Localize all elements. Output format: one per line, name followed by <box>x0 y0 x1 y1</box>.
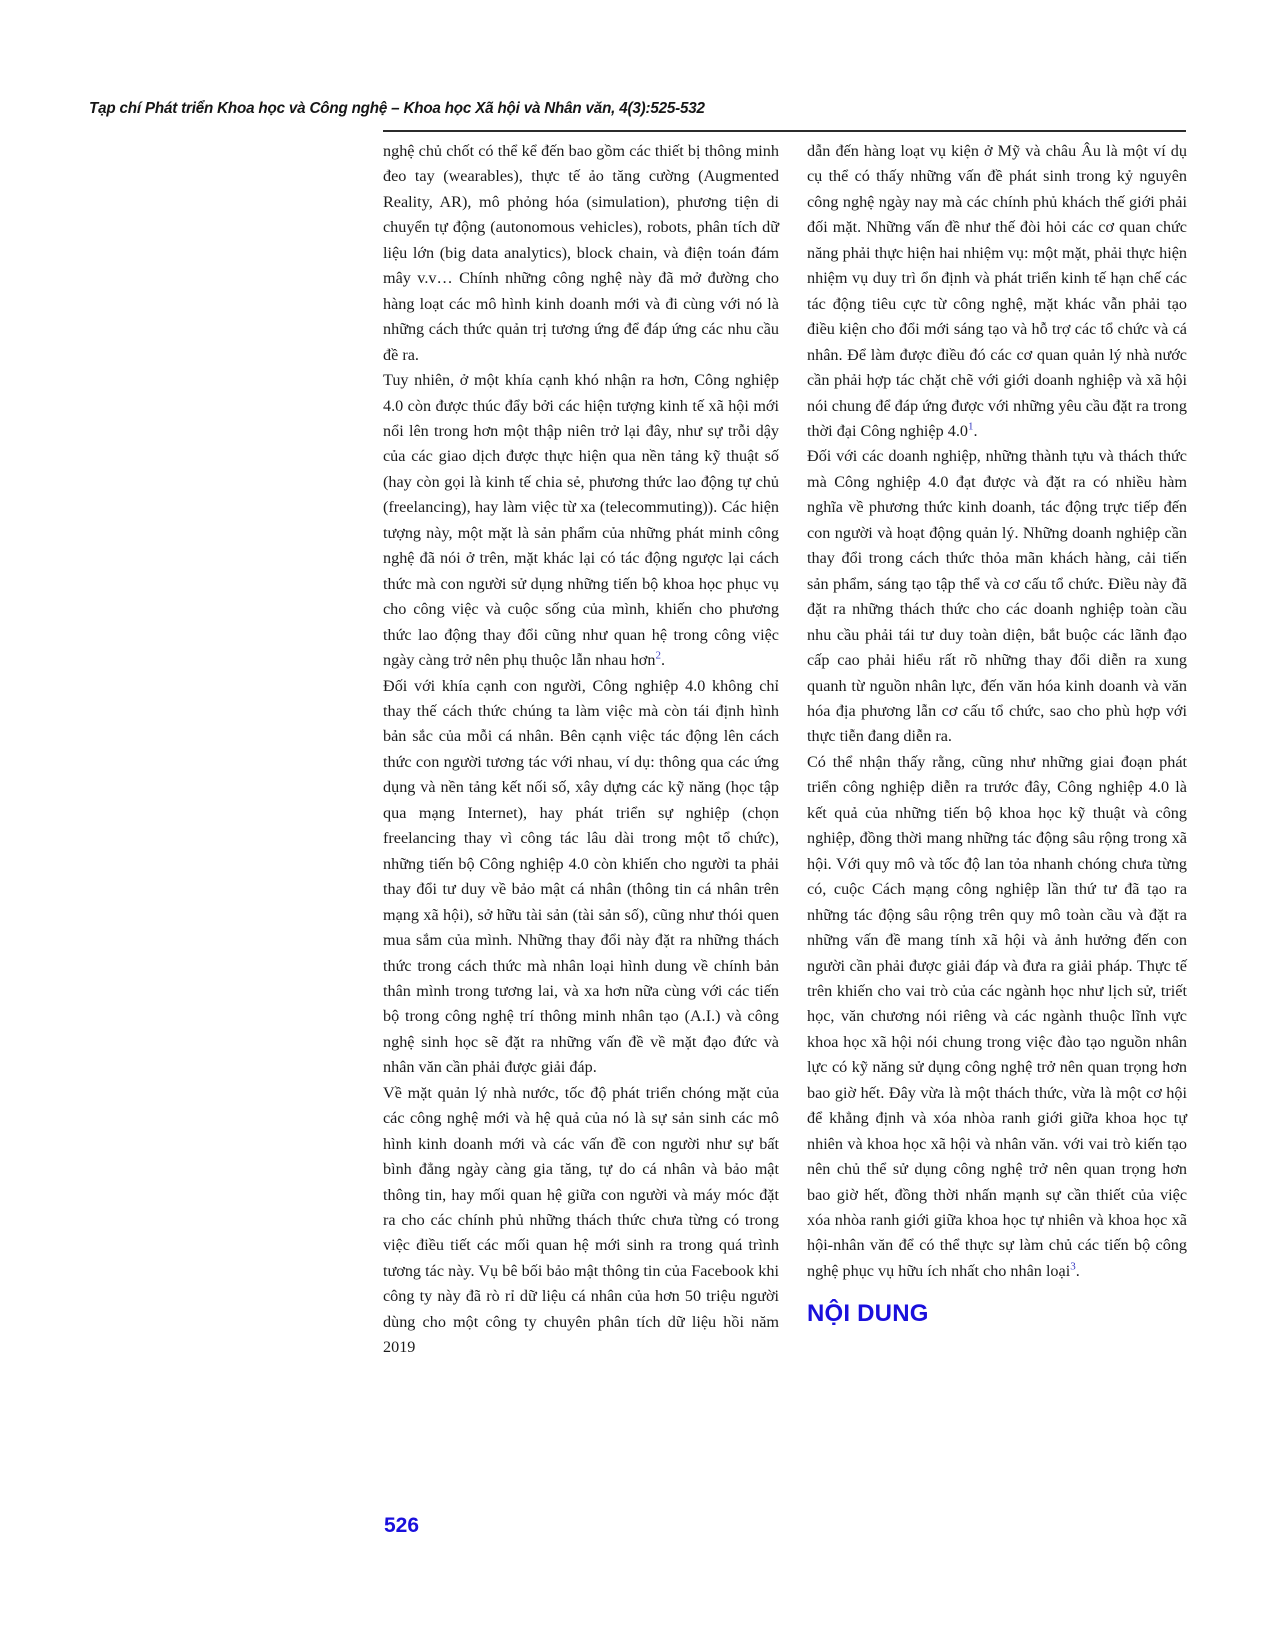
journal-header-line: Tạp chí Phát triển Khoa học và Công nghệ… <box>89 100 705 118</box>
paragraph-text: Tuy nhiên, ở một khía cạnh khó nhận ra h… <box>383 371 779 669</box>
header-rule <box>383 130 1186 132</box>
page-number: 526 <box>384 1514 419 1538</box>
paragraph-text: . <box>1076 1262 1080 1280</box>
two-column-body: nghệ chủ chốt có thể kể đến bao gồm các … <box>383 139 1187 1361</box>
body-paragraph: Đối với khía cạnh con người, Công nghiệp… <box>383 674 779 1081</box>
paragraph-text: Đối với các doanh nghiệp, những thành tự… <box>807 447 1187 745</box>
paragraph-text: Đối với khía cạnh con người, Công nghiệp… <box>383 677 779 1077</box>
right-column: dẫn đến hàng loạt vụ kiện ở Mỹ và châu Â… <box>807 139 1187 1361</box>
paragraph-text: . <box>661 651 665 669</box>
body-paragraph: Đối với các doanh nghiệp, những thành tự… <box>807 444 1187 749</box>
section-heading-noi-dung: NỘI DUNG <box>807 1300 1187 1328</box>
body-paragraph: Có thể nhận thấy rằng, cũng như những gi… <box>807 750 1187 1285</box>
body-paragraph: dẫn đến hàng loạt vụ kiện ở Mỹ và châu Â… <box>807 139 1187 444</box>
body-paragraph: Về mặt quản lý nhà nước, tốc độ phát tri… <box>383 1081 779 1361</box>
paragraph-text: . <box>973 422 977 440</box>
paragraph-text: Về mặt quản lý nhà nước, tốc độ phát tri… <box>383 1084 779 1357</box>
paragraph-text: dẫn đến hàng loạt vụ kiện ở Mỹ và châu Â… <box>807 142 1187 440</box>
paragraph-text: Có thể nhận thấy rằng, cũng như những gi… <box>807 753 1187 1280</box>
body-paragraph: Tuy nhiên, ở một khía cạnh khó nhận ra h… <box>383 368 779 673</box>
left-column: nghệ chủ chốt có thể kể đến bao gồm các … <box>383 139 779 1361</box>
body-paragraph: nghệ chủ chốt có thể kể đến bao gồm các … <box>383 139 779 368</box>
journal-page: Tạp chí Phát triển Khoa học và Công nghệ… <box>0 0 1276 1649</box>
paragraph-text: nghệ chủ chốt có thể kể đến bao gồm các … <box>383 142 779 364</box>
